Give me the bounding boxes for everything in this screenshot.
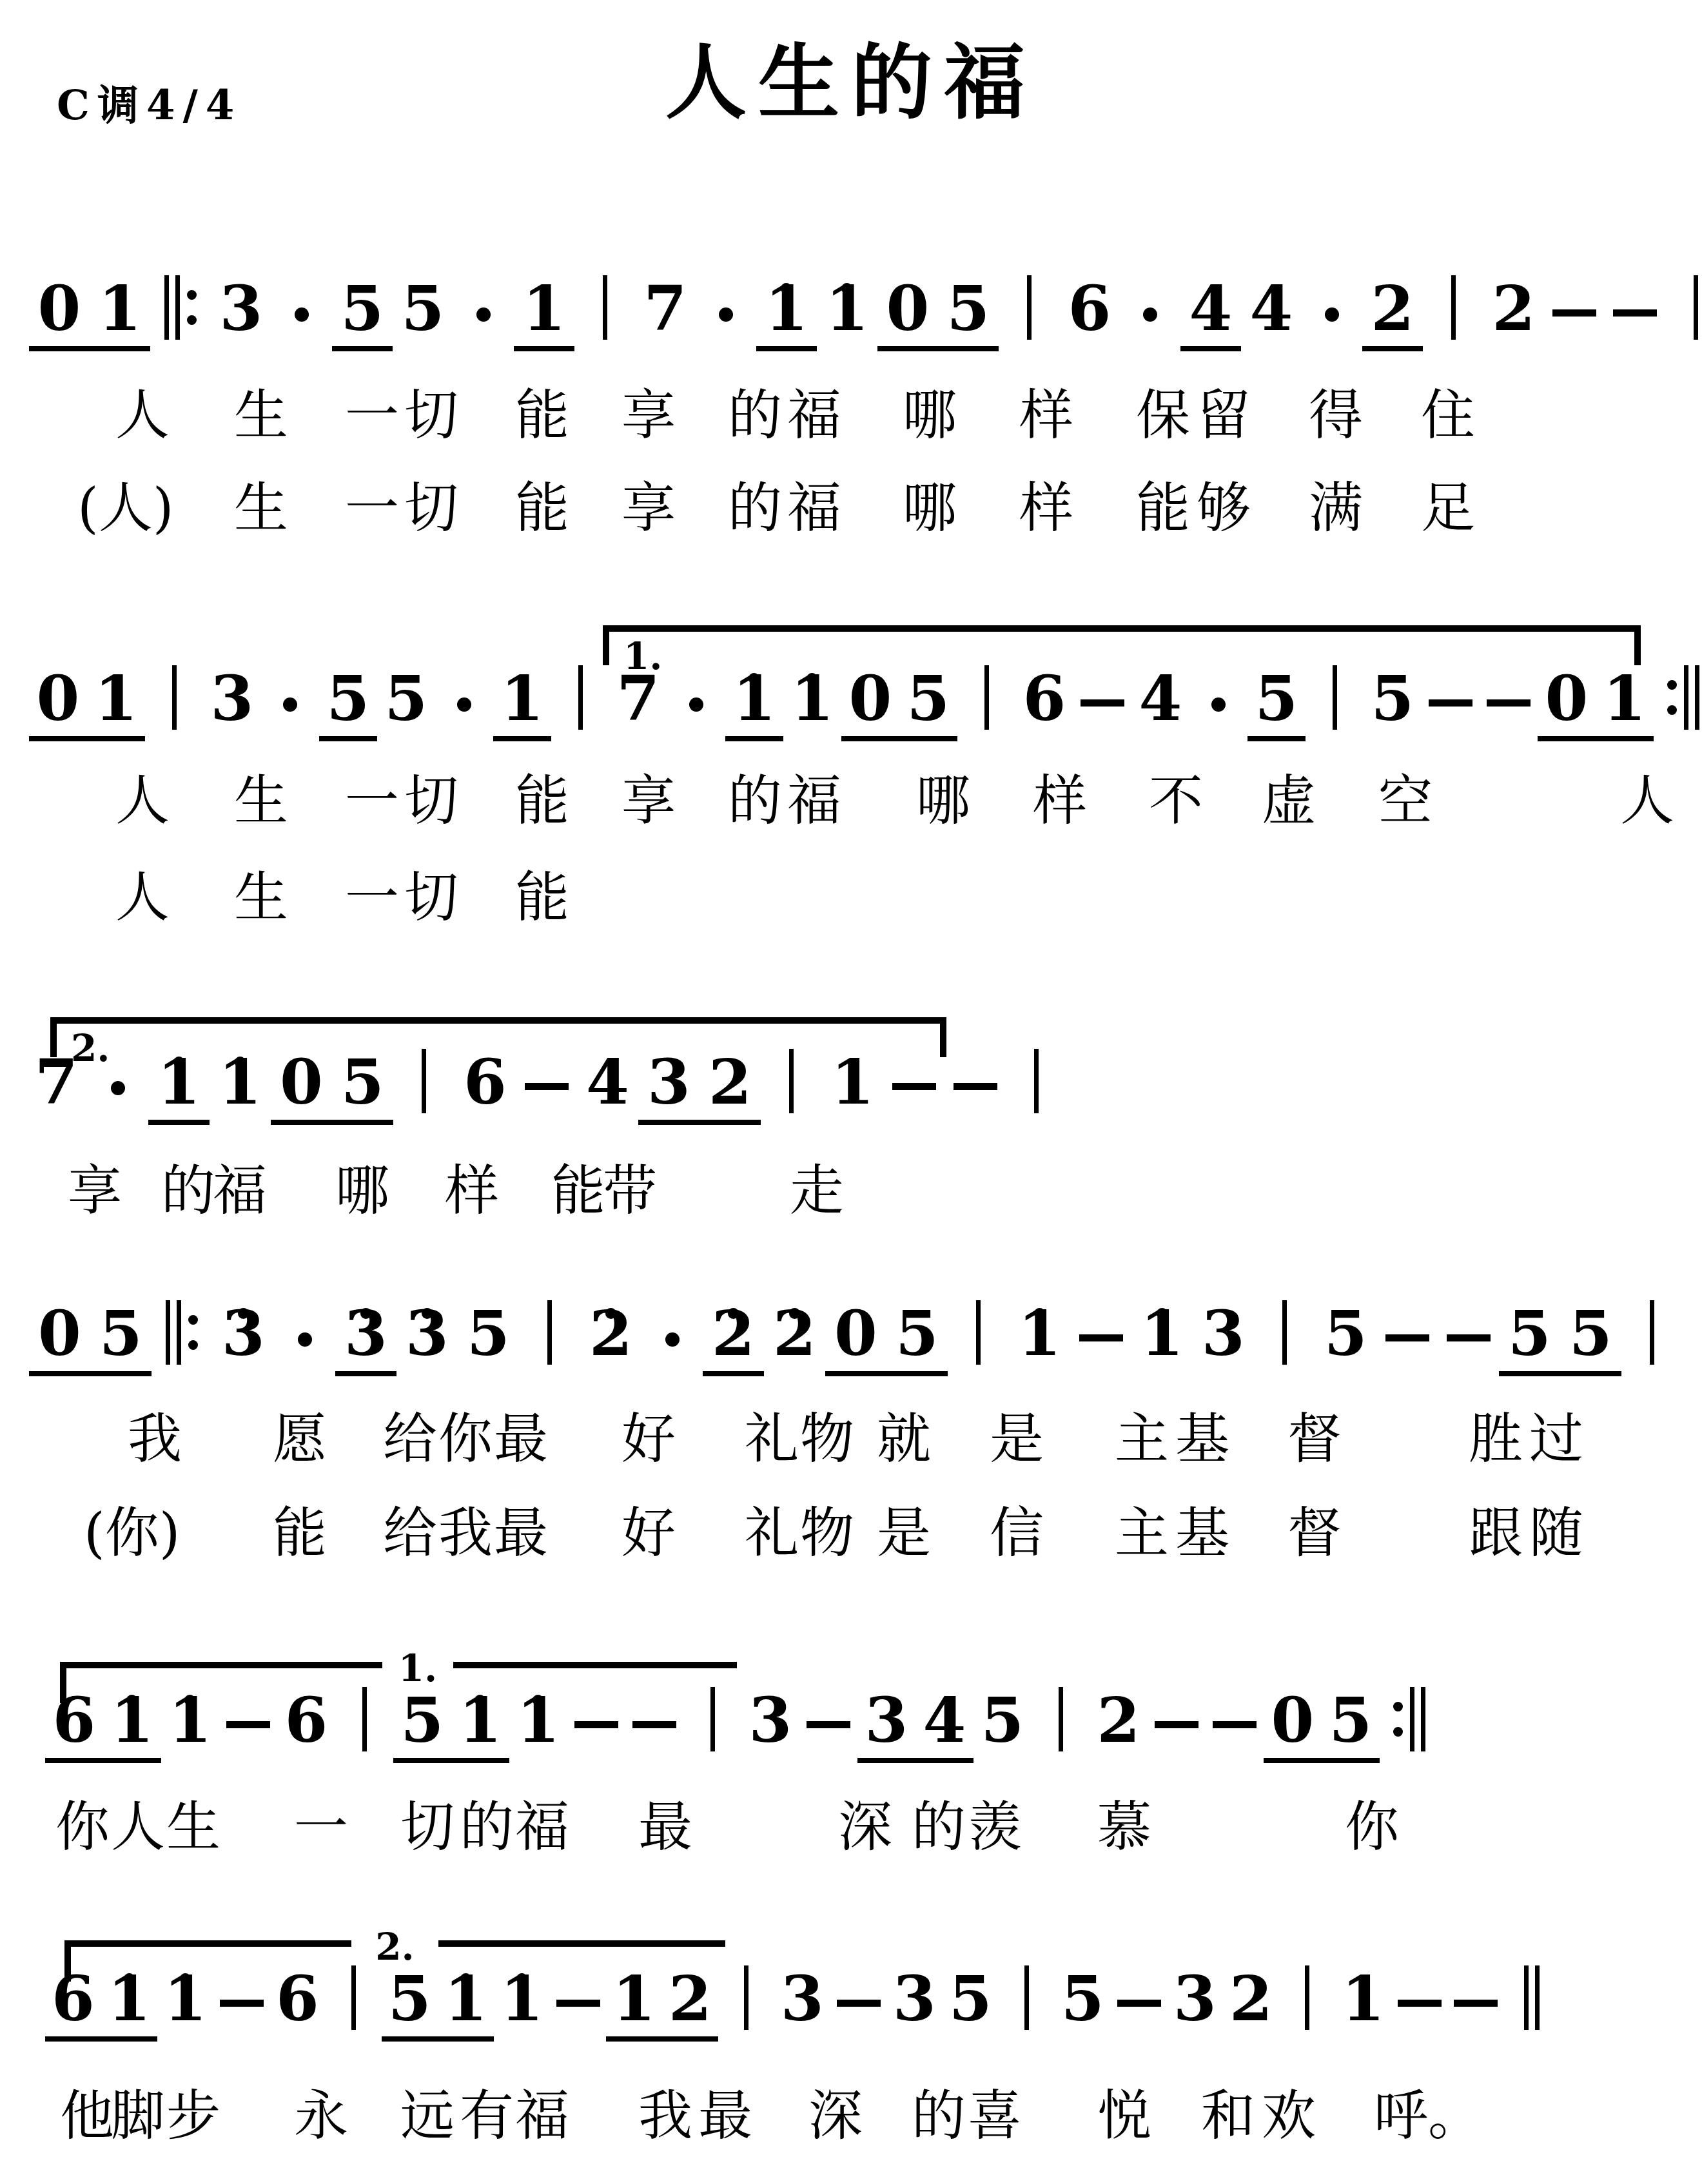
lyric-syllable: 享 [621, 481, 676, 535]
lyric-syllable: 我 [128, 1412, 182, 1466]
dotted-note-dot [261, 664, 319, 741]
lyric-syllable: 生 [234, 774, 288, 828]
lyric-syllable: 哪 [903, 388, 957, 442]
lyric-syllable: 够 [1197, 481, 1251, 535]
note-digit: 0 [29, 274, 90, 351]
dot-shape [283, 697, 297, 712]
lyric-syllable: 福 [787, 774, 841, 828]
sustain-dash [1438, 1299, 1499, 1376]
volta-label: 1. [382, 1646, 453, 1690]
octave-dot [605, 1308, 616, 1319]
note-digit: 1 [90, 274, 150, 351]
repeat-end-barline [1380, 1686, 1438, 1763]
lyric-syllable: 是 [990, 1412, 1044, 1466]
note-digit: 0 [29, 1299, 90, 1376]
lyric-syllable: 享 [621, 388, 676, 442]
lyric-syllable: 得 [1309, 388, 1363, 442]
repeat-dots [188, 1300, 198, 1365]
lyric-syllable: 的 [728, 388, 782, 442]
note-digit: 7 [635, 274, 696, 351]
digit-glyph: 4 [1189, 278, 1233, 340]
dash-shape [837, 2000, 881, 2007]
lyric-syllable: 一 [345, 388, 399, 442]
volta-label: 2. [71, 1026, 110, 1070]
dot [1393, 1727, 1403, 1737]
digit-glyph: 5 [947, 278, 990, 340]
dotted-note-dot [271, 274, 332, 351]
dash-shape [1155, 1721, 1198, 1728]
lyric-syllable: 督 [1287, 1506, 1342, 1560]
digit-glyph: 1 [831, 1051, 874, 1113]
note-digit: 3 [638, 1048, 699, 1125]
sustain-dash [830, 1964, 886, 2042]
bar-shape [1333, 665, 1337, 730]
sustain-dash [1376, 1299, 1438, 1376]
volta-line [453, 1662, 737, 1703]
bar-shape [1034, 1049, 1039, 1113]
dash-shape [1552, 309, 1596, 317]
digit-glyph: 5 [99, 1303, 142, 1365]
lyric-syllable: 样 [445, 1164, 499, 1218]
lyric-syllable: 最 [698, 2089, 752, 2143]
note-digit: 3 [203, 664, 261, 741]
lyric-syllable: 满 [1309, 481, 1363, 535]
digit-glyph: 3 [865, 1690, 908, 1751]
lyric-syllable: 人 [111, 1800, 165, 1854]
note-digit: 0 [29, 664, 87, 741]
note-digit: 3 [396, 1299, 458, 1376]
lyric-syllable: 能 [273, 1506, 327, 1560]
lyric-syllable: 样 [1033, 774, 1087, 828]
repeat-start-barline [150, 274, 211, 351]
dash-shape [632, 1721, 676, 1728]
lyric-syllable: 就 [877, 1412, 931, 1466]
lyric-syllable: 喜 [968, 2089, 1022, 2143]
lyric-syllable: 最 [494, 1412, 548, 1466]
lyric-syllable: 我 [638, 2089, 692, 2143]
dot-shape [719, 307, 733, 322]
lyric-syllable: 人 [115, 870, 170, 924]
digit-glyph: 0 [1271, 1690, 1315, 1751]
dash-shape [220, 2000, 264, 2007]
dotted-note-dot [274, 1299, 335, 1376]
dot-shape [295, 307, 309, 322]
dash-shape [892, 1083, 936, 1090]
octave-dot [807, 673, 817, 684]
volta-line [60, 1662, 382, 1703]
note-digit: 2 [580, 1299, 641, 1376]
note-digit: 1 [725, 664, 783, 741]
digit-glyph: 3 [749, 1690, 792, 1751]
lyric-syllable: 福 [213, 1164, 267, 1218]
volta-bracket: 2. [50, 1017, 946, 1057]
lyric-syllable: 走 [790, 1164, 844, 1218]
digit-glyph: 1 [523, 278, 566, 340]
bar-shape [1694, 275, 1698, 340]
digit-glyph: 2 [709, 1051, 752, 1113]
sustain-dash [1391, 1964, 1447, 2042]
dot [187, 315, 197, 325]
note-digit: 2 [764, 1299, 825, 1376]
digit-glyph: 1 [95, 668, 138, 730]
dotted-note-dot [696, 274, 756, 351]
digit-glyph: 5 [1569, 1303, 1612, 1365]
digit-glyph: 6 [1023, 668, 1066, 730]
lyric-syllable: 切 [404, 388, 458, 442]
dash-shape [1213, 1721, 1257, 1728]
digit-glyph: 1 [1342, 1968, 1385, 2030]
lyric-syllable: 胜 [1469, 1412, 1523, 1466]
dot-shape [689, 697, 703, 712]
note-digit: 4 [577, 1048, 638, 1125]
barline [1621, 1299, 1683, 1376]
dash-shape [525, 1083, 569, 1090]
lyric-syllable: 留 [1197, 388, 1251, 442]
lyric-syllable: 哪 [916, 774, 970, 828]
note-digit: 3 [774, 1964, 830, 2042]
lyric-syllable: 切 [404, 870, 458, 924]
lyric-syllable: 切 [404, 774, 458, 828]
barline [519, 1299, 580, 1376]
dash-shape [574, 1721, 618, 1728]
digit-glyph: 4 [1139, 668, 1182, 730]
barline [999, 274, 1059, 351]
lyric-syllable: 的 [912, 1800, 966, 1854]
lyric-syllable: 人 [115, 388, 170, 442]
lyric-syllable: 基 [1175, 1506, 1229, 1560]
volta-label: 2. [351, 1925, 438, 1969]
bar-shape [1650, 1300, 1654, 1365]
bar-shape [1421, 1687, 1425, 1751]
lyric-syllable: (人) [77, 481, 174, 535]
note-digit: 0 [1538, 664, 1596, 741]
sustain-dash [1111, 1964, 1167, 2042]
digit-glyph: 6 [1068, 278, 1111, 340]
note-digit: 2 [1090, 1686, 1148, 1763]
lyric-syllable: 你 [1345, 1800, 1399, 1854]
sheet-music-page: C调4/4 人生的福 01355171105644220135517110564… [0, 0, 1702, 2184]
lyric-syllable: 。 [1428, 2089, 1482, 2143]
digit-glyph: 5 [1324, 1303, 1367, 1365]
note-digit: 1 [822, 1048, 883, 1125]
sustain-dash [1480, 664, 1538, 741]
volta-line [438, 1940, 725, 1982]
note-digit: 2 [699, 1048, 761, 1125]
lyric-syllable: 带 [603, 1164, 657, 1218]
digit-glyph: 3 [1173, 1968, 1217, 2030]
dash-shape [1081, 699, 1124, 707]
lyric-syllable: 步 [166, 2089, 220, 2143]
volta-bracket: 1. [603, 625, 1641, 665]
volta-bracket: 1. [60, 1662, 737, 1708]
note-digit: 6 [1059, 274, 1120, 351]
lyric-syllable: 一 [294, 1800, 348, 1854]
lyric-syllable: 呼 [1374, 2089, 1428, 2143]
dash-shape [1454, 2000, 1498, 2007]
digit-glyph: 4 [923, 1690, 966, 1751]
lyric-syllable: 住 [1421, 388, 1475, 442]
digit-glyph: 0 [38, 1303, 81, 1365]
lyric-line: 人生一切能享的福哪样不虚空人 [0, 774, 1702, 835]
digit-glyph: 3 [647, 1051, 690, 1113]
bar-shape [172, 665, 177, 730]
note-digit: 4 [1180, 274, 1241, 351]
digit-glyph: 5 [341, 278, 384, 340]
lyric-syllable: 是 [877, 1506, 931, 1560]
lyric-syllable: 我 [438, 1506, 493, 1560]
octave-dot [789, 1308, 800, 1319]
barline [551, 664, 609, 741]
repeat-dots [1393, 1687, 1403, 1751]
digit-glyph: 3 [220, 278, 263, 340]
sustain-dash [1148, 1686, 1206, 1763]
note-digit: 5 [938, 274, 999, 351]
lyric-syllable: 欢 [1262, 2089, 1316, 2143]
octave-dot [781, 283, 792, 294]
barline [1032, 1686, 1090, 1763]
lyric-syllable: 随 [1529, 1506, 1583, 1560]
digit-glyph: 5 [895, 1303, 939, 1365]
lyric-syllable: 福 [515, 2089, 569, 2143]
octave-dot [728, 1308, 739, 1319]
octave-dot [748, 673, 759, 684]
lyric-syllable: 永 [294, 2089, 348, 2143]
lyric-syllable: 生 [166, 1800, 220, 1854]
repeat-end-barline [1654, 664, 1702, 741]
dash-shape [1398, 2000, 1442, 2007]
lyric-syllable: 慕 [1097, 1800, 1151, 1854]
sustain-dash [1073, 664, 1131, 741]
lyric-syllable: 基 [1175, 1412, 1229, 1466]
lyric-line: 享的福哪样能带走 [0, 1164, 1702, 1225]
note-digit: 6 [455, 1048, 516, 1125]
barline [957, 664, 1015, 741]
dotted-note-dot [1120, 274, 1180, 351]
bar-shape [744, 1965, 748, 2030]
dot-shape [665, 1332, 680, 1347]
lyric-syllable: 福 [787, 481, 841, 535]
music-line: 05333522205113555 [29, 1299, 1683, 1376]
lyric-syllable: 不 [1149, 774, 1203, 828]
dot [188, 1340, 198, 1350]
barline [1665, 274, 1702, 351]
digit-glyph: 5 [385, 668, 428, 730]
lyric-syllable: 过 [1529, 1412, 1583, 1466]
lyric-syllable: 虚 [1262, 774, 1316, 828]
bar-shape [1684, 665, 1688, 730]
digit-glyph: 0 [886, 278, 930, 340]
octave-dot [235, 1057, 246, 1068]
barline [1006, 1048, 1067, 1125]
volta-label: 1. [623, 634, 663, 678]
bar-shape [177, 1300, 181, 1365]
lyric-syllable: 跟 [1469, 1506, 1523, 1560]
bar-shape [1282, 1300, 1287, 1365]
lyric-syllable: 的 [460, 1800, 514, 1854]
note-digit: 5 [332, 274, 393, 351]
lyric-syllable: 保 [1136, 388, 1190, 442]
bar-shape [578, 665, 583, 730]
digit-glyph: 5 [981, 1690, 1024, 1751]
note-digit: 5 [943, 1964, 999, 2042]
music-line: 01355171105645501 [29, 664, 1702, 741]
dash-shape [1385, 1334, 1429, 1341]
repeat-start-barline [152, 1299, 213, 1376]
note-digit: 1 [1131, 1299, 1193, 1376]
lyric-syllable: 样 [1019, 481, 1073, 535]
bar-shape [422, 1049, 426, 1113]
score: 0135517110564422013551711056455017110564… [0, 0, 1702, 2184]
note-digit: 5 [973, 1686, 1032, 1763]
lyric-syllable: 最 [638, 1800, 692, 1854]
lyric-syllable: 生 [234, 870, 288, 924]
sustain-dash [1070, 1299, 1131, 1376]
lyric-syllable: 礼 [745, 1412, 799, 1466]
lyric-syllable: 有 [460, 2089, 514, 2143]
dot-shape [298, 1332, 312, 1347]
lyric-syllable: 最 [494, 1506, 548, 1560]
note-digit: 1 [783, 664, 841, 741]
lyric-syllable: 脚 [111, 2089, 165, 2143]
sustain-dash [1544, 274, 1605, 351]
digit-glyph: 0 [280, 1051, 323, 1113]
lyric-syllable: 督 [1287, 1412, 1342, 1466]
lyric-syllable: 愿 [273, 1412, 327, 1466]
lyric-syllable: 足 [1421, 481, 1475, 535]
note-digit: 3 [857, 1686, 915, 1763]
dot [188, 1315, 198, 1325]
lyric-syllable: 的 [161, 1164, 215, 1218]
digit-glyph: 5 [1061, 1968, 1104, 2030]
lyric-syllable: 羡 [968, 1800, 1022, 1854]
barline [1306, 664, 1364, 741]
lyric-line: 你人生一切的福最深的羡慕你 [0, 1800, 1702, 1861]
lyric-syllable: 切 [400, 1800, 455, 1854]
bar-shape [789, 1049, 794, 1113]
note-digit: 5 [899, 664, 957, 741]
sustain-dash [1206, 1686, 1264, 1763]
lyric-syllable: 享 [621, 774, 676, 828]
note-digit: 5 [1315, 1299, 1376, 1376]
note-digit: 3 [335, 1299, 396, 1376]
note-digit: 2 [1362, 274, 1423, 351]
lyric-syllable: 和 [1201, 2089, 1255, 2143]
repeat-dots [1667, 665, 1677, 730]
note-digit: 3 [886, 1964, 943, 2042]
bar-shape [984, 665, 989, 730]
lyric-syllable: 能 [515, 481, 569, 535]
note-digit: 0 [877, 274, 938, 351]
barline [718, 1964, 774, 2042]
lyric-syllable: 能 [515, 388, 569, 442]
digit-glyph: 2 [1371, 278, 1414, 340]
dotted-note-dot [1302, 274, 1362, 351]
note-digit: 1 [210, 1048, 271, 1125]
final-barline [1503, 1964, 1560, 2042]
octave-dot [422, 1308, 433, 1319]
lyric-syllable: 的 [728, 481, 782, 535]
dash-shape [1117, 2000, 1161, 2007]
digit-glyph: 4 [1250, 278, 1293, 340]
note-digit: 0 [841, 664, 899, 741]
lyric-line: (人)生一切能享的福哪样能够满足 [0, 481, 1702, 542]
dash-shape [1429, 699, 1472, 707]
lyric-syllable: 深 [838, 1800, 892, 1854]
lyric-line: 我愿给你最好礼物就是主基督胜过 [0, 1412, 1702, 1473]
lyric-syllable: 好 [621, 1412, 676, 1466]
note-digit: 1 [756, 274, 817, 351]
note-digit: 4 [915, 1686, 973, 1763]
digit-glyph: 3 [893, 1968, 936, 2030]
dot-shape [476, 307, 491, 322]
note-digit: 1 [817, 274, 877, 351]
digit-glyph: 3 [1202, 1303, 1245, 1365]
dot [1667, 680, 1677, 690]
lyric-syllable: 福 [515, 1800, 569, 1854]
bar-shape [976, 1300, 981, 1365]
bar-shape [166, 1300, 170, 1365]
octave-dot [360, 1308, 371, 1319]
lyric-syllable: 物 [800, 1412, 854, 1466]
barline [1423, 274, 1483, 351]
dash-shape [1613, 309, 1657, 317]
digit-glyph: 2 [1097, 1690, 1140, 1751]
barline [145, 664, 203, 741]
lyric-syllable: 切 [404, 481, 458, 535]
barline [761, 1048, 822, 1125]
barline [574, 274, 635, 351]
dotted-note-dot [453, 274, 514, 351]
dash-shape [1079, 1334, 1123, 1341]
digit-glyph: 0 [849, 668, 892, 730]
note-digit: 5 [458, 1299, 519, 1376]
lyric-syllable: 你 [55, 1800, 110, 1854]
lyric-syllable: 物 [800, 1506, 854, 1560]
digit-glyph: 4 [586, 1051, 629, 1113]
dotted-note-dot [667, 664, 725, 741]
bar-shape [1024, 1965, 1029, 2030]
note-digit: 1 [1596, 664, 1654, 741]
bar-shape [1524, 1965, 1529, 2030]
bar-shape [603, 275, 607, 340]
dot-shape [1211, 697, 1226, 712]
dot [1667, 705, 1677, 715]
barline [393, 1048, 455, 1125]
lyric-syllable: 哪 [903, 481, 957, 535]
digit-glyph: 5 [949, 1968, 992, 2030]
note-digit: 3 [211, 274, 271, 351]
note-digit: 5 [886, 1299, 948, 1376]
note-digit: 1 [87, 664, 145, 741]
lyric-syllable: 能 [1136, 481, 1190, 535]
lyric-syllable: 的 [912, 2089, 966, 2143]
octave-dot [173, 1057, 184, 1068]
dash-shape [954, 1083, 997, 1090]
dash-shape [807, 1721, 850, 1728]
dot-shape [457, 697, 471, 712]
digit-glyph: 5 [1508, 1303, 1551, 1365]
note-digit: 1 [148, 1048, 210, 1125]
digit-glyph: 5 [1255, 668, 1298, 730]
digit-glyph: 6 [464, 1051, 507, 1113]
volta-line [64, 1940, 351, 1982]
note-digit: 0 [825, 1299, 886, 1376]
lyric-syllable: 人 [1620, 774, 1674, 828]
octave-dot [841, 283, 852, 294]
lyric-syllable: 礼 [745, 1506, 799, 1560]
lyric-syllable: 哪 [335, 1164, 389, 1218]
digit-glyph: 2 [1492, 278, 1536, 340]
